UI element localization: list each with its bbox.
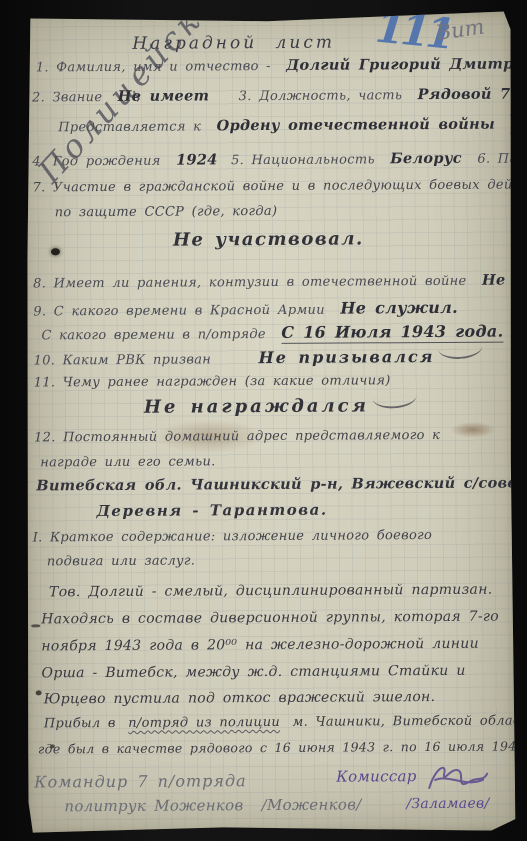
field-rank-position: 2. Звание Не имеет 3. Должность, часть Р… [32,85,527,105]
citation-line6-c: м. Чашники, Витебской области, [292,713,527,730]
scanned-document: 111 Вит Полицейск Наградной лист 1. Фами… [0,0,527,841]
presented-value: Ордену отечественной войны [217,116,495,135]
birth-label: 4. Год рождения [32,154,160,170]
order-class-roman: II [510,114,527,133]
commissar-signature [425,760,491,794]
citation-line5: Юрцево пустила под откос вражеский эшело… [44,689,436,707]
address-line1: Витебская обл. Чашникский р-н, Вяжевский… [36,474,527,494]
question-7-line2: по защите СССР (где, когда) [55,204,278,220]
question-9-value: Не служил. [340,298,458,318]
field-position-label: 3. Должность, часть [239,88,403,104]
field-name-value: Долгий Григорий Дмитриевич [286,55,527,74]
question-8: 8. Имеет ли ранения, контузии в отечеств… [33,271,527,291]
section-heading-line2: подвига или заслуг. [47,553,195,569]
document-title: Наградной лист [24,32,444,55]
commissar-label: Комиссар [336,767,417,785]
question-12-line2: награде или его семьи. [40,454,215,470]
question-8-value: Не имеет [482,271,527,289]
field-rank-value: Не имеет [118,87,210,105]
question-8-label: 8. Имеет ли ранения, контузии в отечеств… [33,274,466,292]
field-birth-nationality-party: 4. Год рождения 1924 5. Национальность Б… [32,149,527,170]
field-name-label: 1. Фамилия, имя и отчество - [36,59,271,75]
stain [450,422,496,438]
presented-label: Представляется к [58,119,201,135]
question-10-value: Не призывался [258,347,482,367]
field-position-value: Рядовой 7 п/отряда [418,85,527,103]
nationality-label: 5. Национальность [231,152,375,168]
citation-line7: где был в качестве рядового с 16 июня 19… [38,738,527,756]
commissar-name-parenthetical: /Заламаев/ [406,796,489,813]
address-line2: Деревня - Тарантова. [96,501,327,520]
stain [36,690,42,695]
birth-value: 1924 [176,151,218,168]
question-11-answer: Не награждался [144,395,417,418]
citation-line3: ноября 1943 года в 20⁰⁰ на железно-дорож… [41,636,479,655]
award-sheet-paper: 111 Вит Полицейск Наградной лист 1. Фами… [24,12,516,834]
question-9b-label: С какого времени в п/отряде [41,327,265,343]
question-10: 10. Каким РВК призван Не призывался [34,347,483,369]
question-12-line1: 12. Постоянный домашний адрес представля… [34,428,440,445]
citation-line6-underlined: п/отряд из полиции [128,715,280,731]
field-name: 1. Фамилия, имя и отчество - Долгий Григ… [36,55,527,75]
commander-rank-name: политрук Моженков [64,796,243,815]
question-9b: С какого времени в п/отряде С 16 Июля 19… [41,322,503,344]
commander-signature-line: политрук Моженков /Моженков/ [64,795,361,815]
question-9-label: 9. С какого времени в Красной Армии [33,303,325,320]
question-10-label: 10. Каким РВК призван [34,352,212,368]
question-7-answer: Не участвовал. [25,228,512,252]
section-heading-line1: I. Краткое содержание: изложение личного… [33,528,432,545]
commander-name-parenthetical: /Моженков/ [262,795,362,814]
question-7-line1: 7. Участие в гражданской войне и в после… [33,177,527,195]
citation-line4: Орша - Витебск, между ж.д. станциями Ста… [41,663,465,682]
citation-line6-a: Прибыл в [44,716,116,731]
stain [31,624,40,627]
question-9: 9. С какого времени в Красной Армии Не с… [33,298,458,320]
field-presented-for: Представляется к Ордену отечественной во… [58,115,527,135]
commissar-line: Комиссар [336,760,491,795]
field-rank-label: 2. Звание [32,90,102,105]
question-11: 11. Чему ранее награжден (за какие отлич… [34,373,391,390]
citation-line1: Тов. Долгий - смелый, дисциплинированный… [49,582,493,601]
citation-line6: Прибыл в п/отряд из полиции м. Чашники, … [44,713,527,731]
nationality-value: Белорус [390,150,462,167]
commander-title: Командир 7 п/отряда [34,771,247,791]
question-9b-value: С 16 Июля 1943 года. [281,322,503,344]
citation-line2: Находясь в составе диверсионной группы, … [41,609,499,628]
party-label: 6. Партийн. [477,151,527,167]
